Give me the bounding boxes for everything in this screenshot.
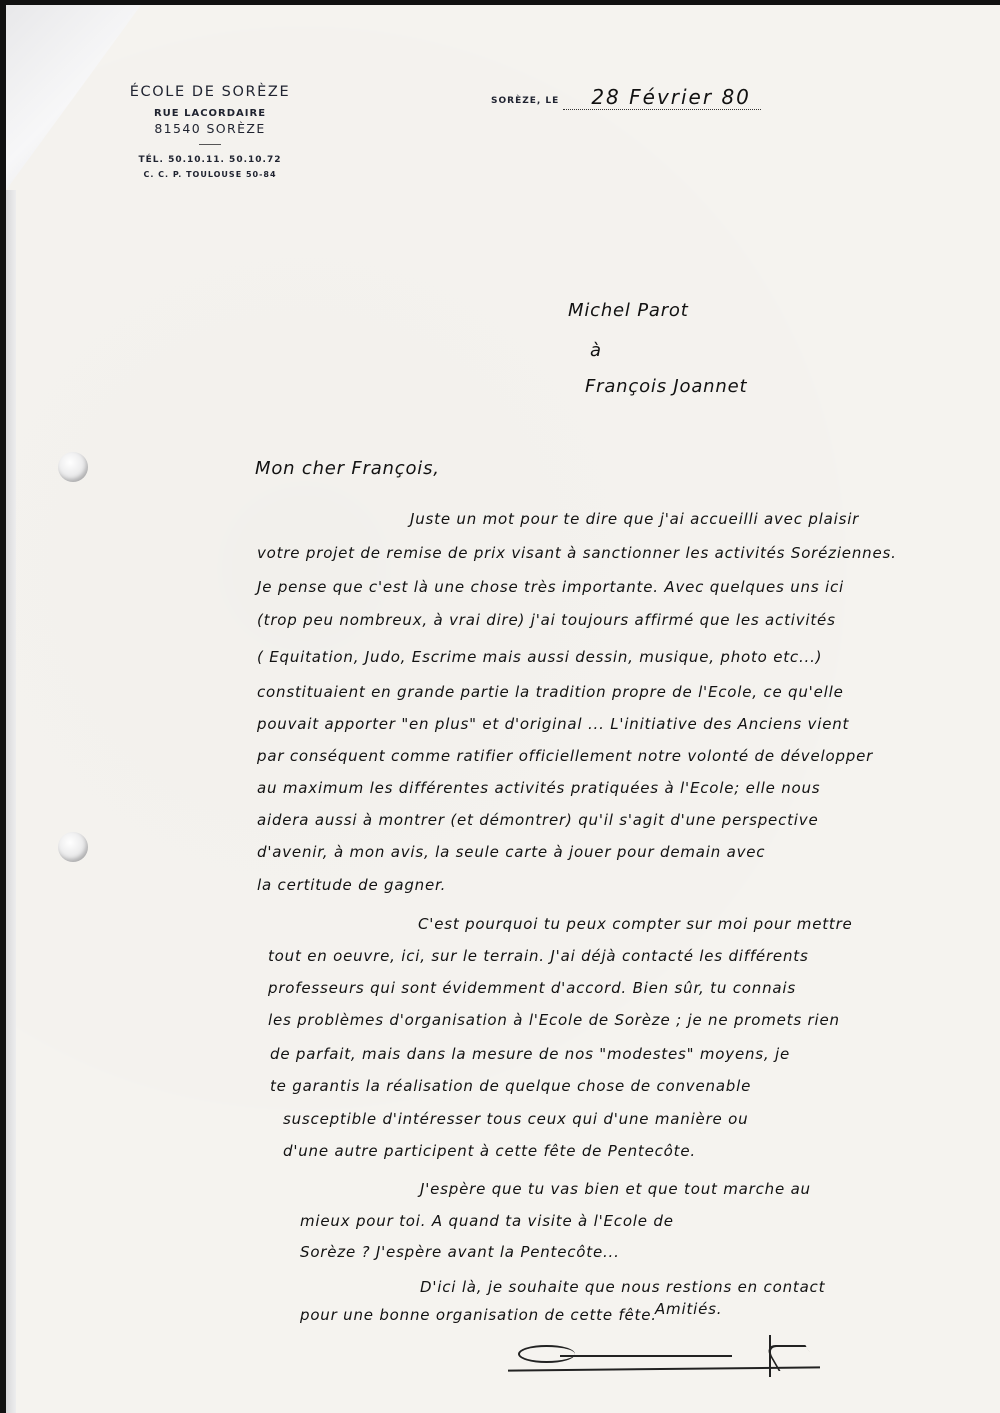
body-line: D'ici là, je souhaite que nous restions … xyxy=(420,1278,825,1296)
body-line: la certitude de gagner. xyxy=(257,876,446,894)
recipient-name: François Joannet xyxy=(585,376,747,397)
school-ccp: C. C. P. TOULOUSE 50-84 xyxy=(100,170,320,179)
body-line: mieux pour toi. A quand ta visite à l'Ec… xyxy=(300,1212,674,1230)
body-line: susceptible d'intéresser tous ceux qui d… xyxy=(283,1110,748,1128)
body-line: d'une autre participent à cette fête de … xyxy=(283,1142,696,1160)
salutation: Mon cher François, xyxy=(255,458,440,479)
body-line: ( Equitation, Judo, Escrime mais aussi d… xyxy=(257,648,822,666)
body-line: J'espère que tu vas bien et que tout mar… xyxy=(420,1180,811,1198)
body-line: C'est pourquoi tu peux compter sur moi p… xyxy=(418,915,853,933)
school-name: ÉCOLE DE SORÈZE xyxy=(100,84,320,100)
punch-hole-top xyxy=(58,452,88,482)
closing: Amitiés. xyxy=(655,1300,722,1318)
school-telephone: TÉL. 50.10.11. 50.10.72 xyxy=(100,155,320,165)
signature-stroke xyxy=(560,1355,732,1357)
school-city: 81540 SORÈZE xyxy=(100,121,320,136)
body-line: de parfait, mais dans la mesure de nos "… xyxy=(270,1045,790,1063)
addressing-to-word: à xyxy=(590,340,602,361)
date-prefix: SORÈZE, LE xyxy=(491,96,559,106)
body-line: pouvait apporter "en plus" et d'original… xyxy=(257,715,849,733)
body-line: tout en oeuvre, ici, sur le terrain. J'a… xyxy=(268,947,809,965)
punch-hole-bottom xyxy=(58,832,88,862)
letter-page xyxy=(6,5,1000,1413)
body-line: votre projet de remise de prix visant à … xyxy=(257,544,897,562)
letterhead: ÉCOLE DE SORÈZE RUE LACORDAIRE 81540 SOR… xyxy=(100,84,320,179)
body-line: pour une bonne organisation de cette fêt… xyxy=(300,1306,657,1324)
body-line: aidera aussi à montrer (et démontrer) qu… xyxy=(257,811,818,829)
body-line: les problèmes d'organisation à l'Ecole d… xyxy=(268,1011,840,1029)
body-line: Sorèze ? J'espère avant la Pentecôte... xyxy=(300,1243,620,1261)
date-dotted-line: 28 Février 80 xyxy=(563,89,761,110)
page-edge-shadow xyxy=(6,190,16,1413)
body-line: Je pense que c'est là une chose très imp… xyxy=(257,578,844,596)
body-line: te garantis la réalisation de quelque ch… xyxy=(270,1077,751,1095)
body-line: d'avenir, à mon avis, la seule carte à j… xyxy=(257,843,765,861)
school-street: RUE LACORDAIRE xyxy=(100,108,320,119)
body-line: (trop peu nombreux, à vrai dire) j'ai to… xyxy=(257,611,836,629)
dateline: SORÈZE, LE 28 Février 80 xyxy=(491,84,761,110)
body-line: professeurs qui sont évidemment d'accord… xyxy=(268,979,796,997)
body-line: constituaient en grande partie la tradit… xyxy=(257,683,844,701)
body-line: au maximum les différentes activités pra… xyxy=(257,779,820,797)
body-line: Juste un mot pour te dire que j'ai accue… xyxy=(410,510,859,528)
date-value: 28 Février 80 xyxy=(591,85,751,109)
signature-loop xyxy=(518,1345,575,1363)
letterhead-divider xyxy=(199,144,221,145)
body-line: par conséquent comme ratifier officielle… xyxy=(257,747,873,765)
sender-name: Michel Parot xyxy=(568,300,689,321)
